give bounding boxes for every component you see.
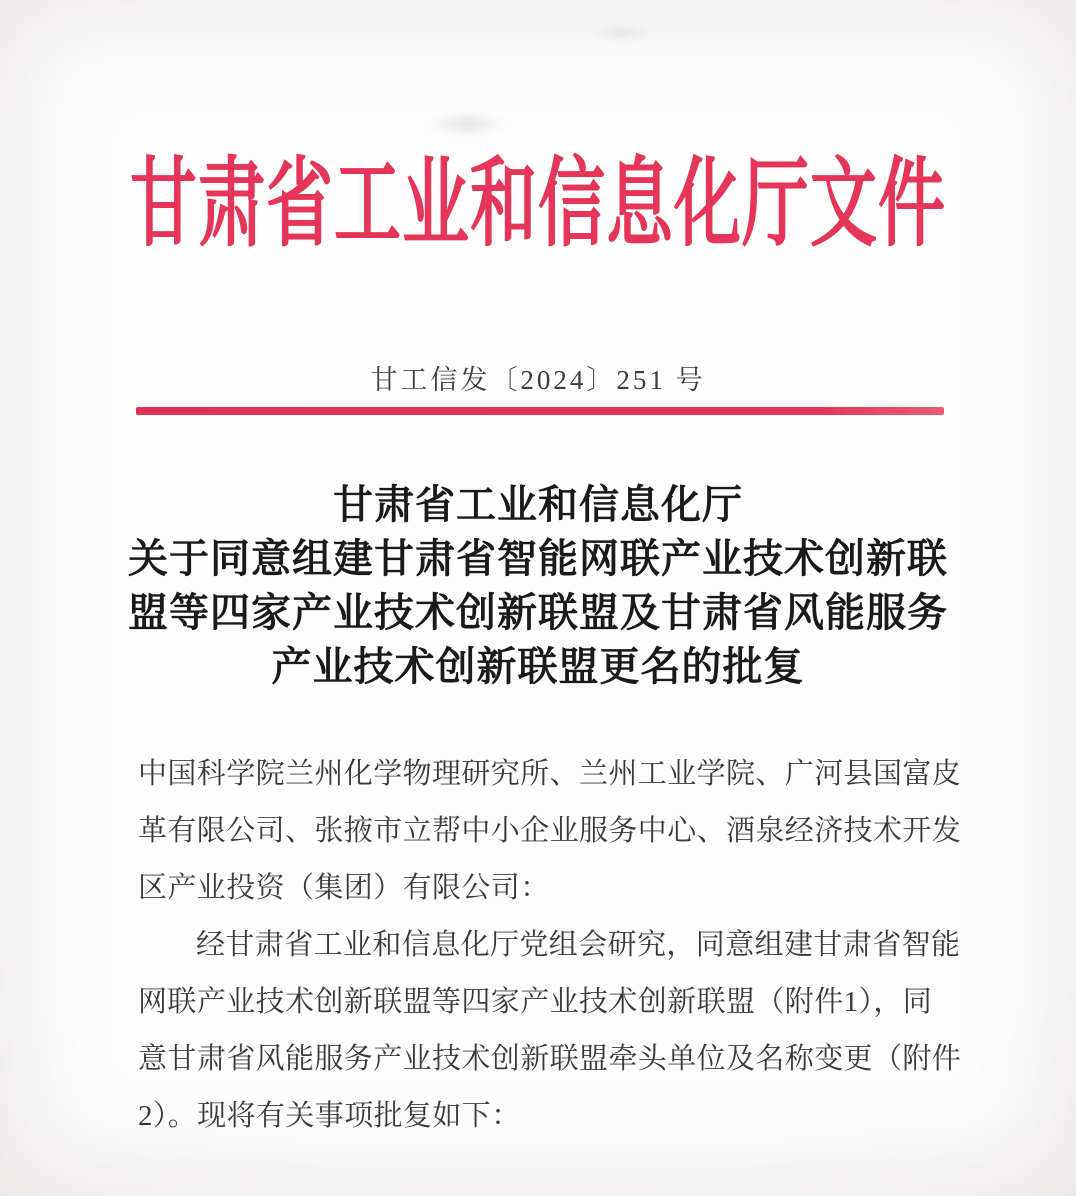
body-line: 中国科学院兰州化学物理研究所、兰州工业学院、广河县国富皮 xyxy=(138,746,950,803)
body-line: 2）。现将有关事项批复如下： xyxy=(138,1088,950,1145)
title-line-3: 盟等四家产业技术创新联盟及甘肃省风能服务 xyxy=(66,586,1010,640)
document-page: 甘肃省工业和信息化厅文件 甘工信发〔2024〕251 号 甘肃省工业和信息化厅 … xyxy=(0,0,1076,1196)
document-body: 中国科学院兰州化学物理研究所、兰州工业学院、广河县国富皮 革有限公司、张掖市立帮… xyxy=(138,746,950,1145)
title-line-2: 关于同意组建甘肃省智能网联产业技术创新联 xyxy=(66,532,1010,586)
masthead-title: 甘肃省工业和信息化厅文件 xyxy=(0,111,1076,300)
photo-smudge-artifact xyxy=(592,26,652,40)
body-line: 意甘肃省风能服务产业技术创新联盟牵头单位及名称变更（附件 xyxy=(138,1031,950,1088)
title-line-1: 甘肃省工业和信息化厅 xyxy=(66,478,1010,532)
body-line: 革有限公司、张掖市立帮中小企业服务中心、酒泉经济技术开发 xyxy=(138,803,950,860)
body-line: 网联产业技术创新联盟等四家产业技术创新联盟（附件1），同 xyxy=(138,974,950,1031)
body-line: 经甘肃省工业和信息化厅党组会研究，同意组建甘肃省智能 xyxy=(138,917,950,974)
red-divider-line xyxy=(136,407,944,415)
title-line-4: 产业技术创新联盟更名的批复 xyxy=(66,640,1010,694)
document-number: 甘工信发〔2024〕251 号 xyxy=(0,358,1076,397)
body-line: 区产业投资（集团）有限公司： xyxy=(138,860,950,917)
document-title: 甘肃省工业和信息化厅 关于同意组建甘肃省智能网联产业技术创新联 盟等四家产业技术… xyxy=(66,478,1010,694)
